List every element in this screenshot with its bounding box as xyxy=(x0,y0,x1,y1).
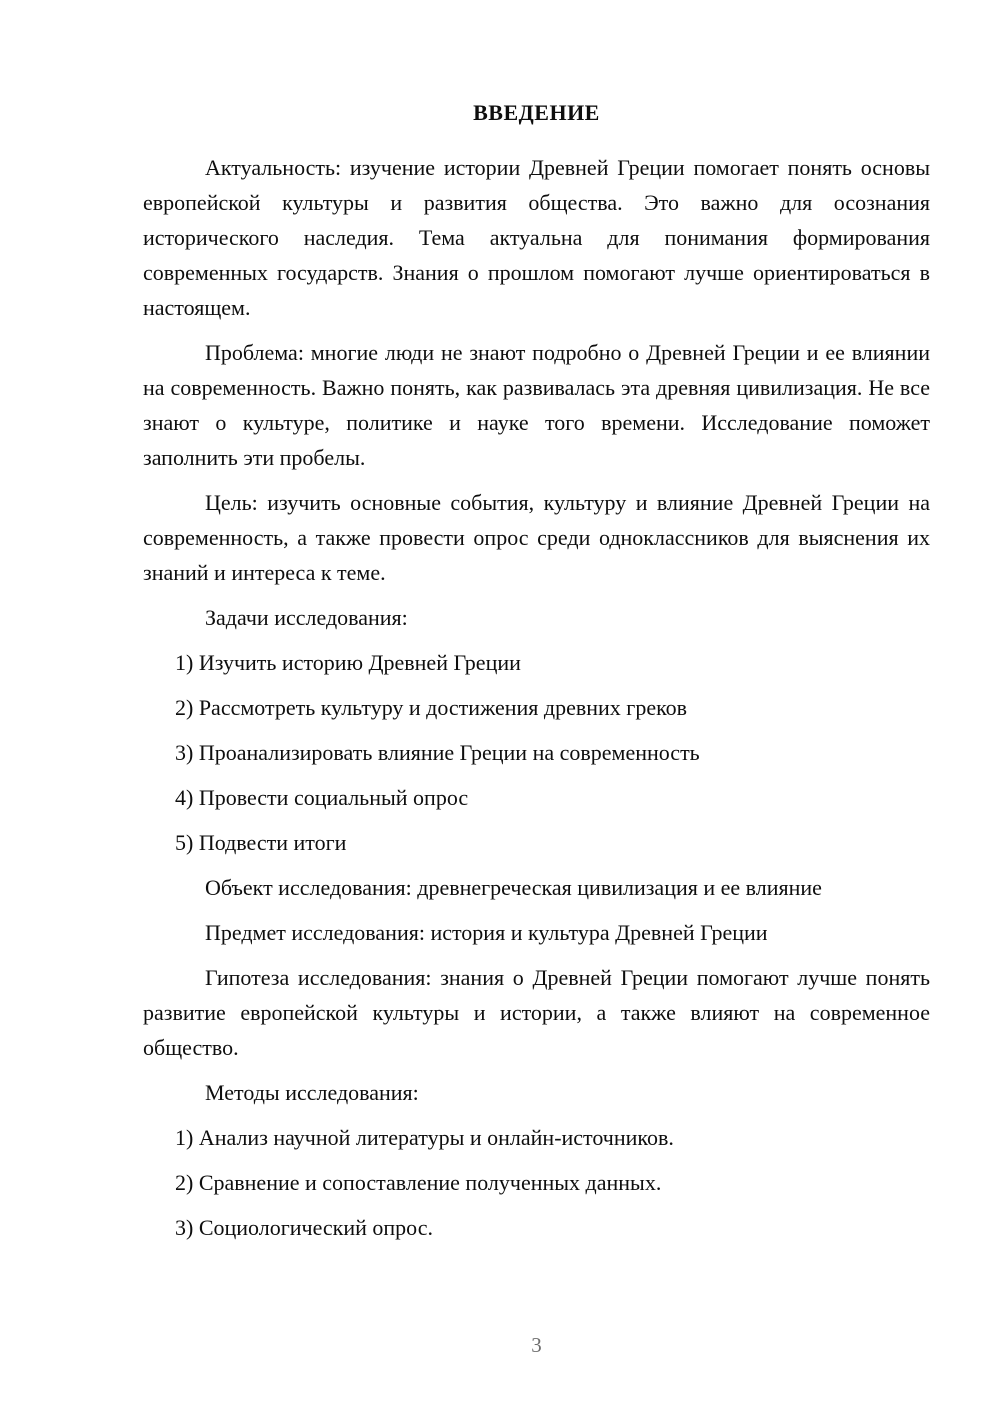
task-item-1: 1) Изучить историю Древней Греции xyxy=(143,645,930,680)
method-item-1: 1) Анализ научной литературы и онлайн-ис… xyxy=(143,1120,930,1155)
paragraph-object: Объект исследования: древнегреческая цив… xyxy=(143,870,930,905)
paragraph-problem: Проблема: многие люди не знают подробно … xyxy=(143,335,930,475)
task-item-5: 5) Подвести итоги xyxy=(143,825,930,860)
methods-header: Методы исследования: xyxy=(143,1075,930,1110)
tasks-header: Задачи исследования: xyxy=(143,600,930,635)
task-item-3: 3) Проанализировать влияние Греции на со… xyxy=(143,735,930,770)
document-page: ВВЕДЕНИЕ Актуальность: изучение истории … xyxy=(0,0,1000,1414)
document-content: ВВЕДЕНИЕ Актуальность: изучение истории … xyxy=(143,95,930,1255)
task-item-2: 2) Рассмотреть культуру и достижения дре… xyxy=(143,690,930,725)
task-item-4: 4) Провести социальный опрос xyxy=(143,780,930,815)
page-title: ВВЕДЕНИЕ xyxy=(143,95,930,130)
paragraph-relevance: Актуальность: изучение истории Древней Г… xyxy=(143,150,930,325)
method-item-3: 3) Социологический опрос. xyxy=(143,1210,930,1245)
paragraph-goal: Цель: изучить основные события, культуру… xyxy=(143,485,930,590)
paragraph-subject: Предмет исследования: история и культура… xyxy=(143,915,930,950)
method-item-2: 2) Сравнение и сопоставление полученных … xyxy=(143,1165,930,1200)
page-number: 3 xyxy=(143,1330,930,1360)
paragraph-hypothesis: Гипотеза исследования: знания о Древней … xyxy=(143,960,930,1065)
